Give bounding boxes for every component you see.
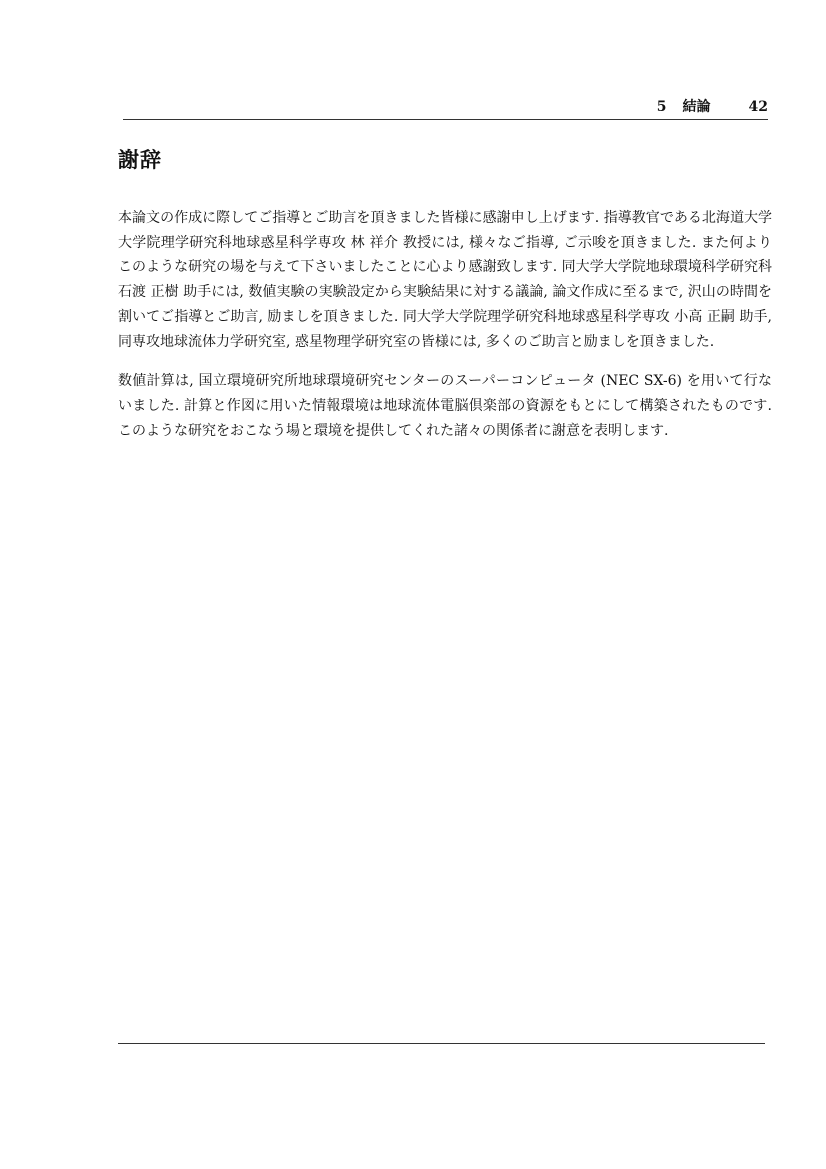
running-header: 5 結論 42	[123, 96, 768, 118]
paragraph: 本論文の作成に際してご指導とご助言を頂きました皆様に感謝申し上げます. 指導教官…	[118, 206, 772, 354]
header-rule	[123, 119, 768, 120]
page-title: 謝辞	[118, 144, 162, 174]
body-text: 本論文の作成に際してご指導とご助言を頂きました皆様に感謝申し上げます. 指導教官…	[118, 206, 772, 443]
section-title: 結論	[683, 96, 711, 116]
section-number: 5	[657, 99, 667, 115]
paragraph: 数値計算は, 国立環境研究所地球環境研究センターのスーパーコンピュータ (NEC…	[118, 369, 772, 443]
page-number: 42	[749, 99, 768, 115]
footer-rule	[118, 1043, 765, 1044]
